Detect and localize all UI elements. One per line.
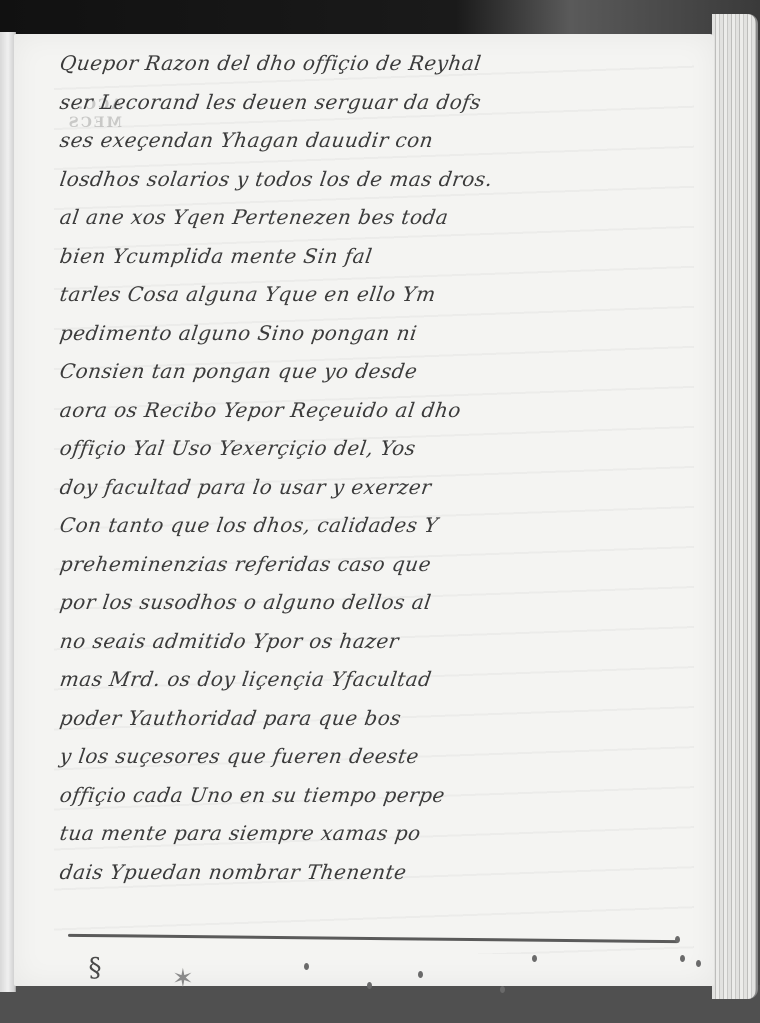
wormhole-mark [367, 982, 372, 989]
wormhole-mark [696, 960, 701, 967]
wormhole-mark [680, 955, 685, 962]
text-line: y los suçesores que fueren deeste [57, 737, 702, 776]
wormhole-mark [304, 963, 309, 970]
text-line: Con tanto que los dhos, calidades Y [57, 506, 702, 545]
text-line: al ane xos Yqen Pertenezen bes toda [57, 198, 702, 237]
text-line: losdhos solarios y todos los de mas dros… [57, 160, 702, 199]
wormhole-mark [675, 936, 680, 943]
text-line: Quepor Razon del dho offiçio de Reyhal [57, 44, 702, 83]
wormhole-mark [500, 986, 505, 993]
text-line: preheminenzias referidas caso que [57, 545, 702, 584]
text-line: ses exeçendan Yhagan dauudir con [57, 121, 702, 160]
scan-background-bottom [0, 985, 760, 1023]
page-stack-edge [712, 14, 758, 999]
text-line: pedimento alguno Sino pongan ni [57, 314, 702, 353]
text-line: bien Ycumplida mente Sin fal [57, 237, 702, 276]
text-line: aora os Recibo Yepor Reçeuido al dho [57, 391, 702, 430]
text-line: dais Ypuedan nombrar Thenente [57, 853, 702, 892]
text-line: tarles Cosa alguna Yque en ello Ym [57, 275, 702, 314]
rubric-flourish-icon: § [80, 948, 110, 988]
ink-blot-icon: ✶ [172, 965, 220, 993]
wormhole-mark [418, 971, 423, 978]
text-line: ser Lecorand les deuen serguar da dofs [57, 83, 702, 122]
text-line: no seais admitido Ypor os hazer [57, 622, 702, 661]
handwritten-text-block: Quepor Razon del dho offiçio de Reyhal s… [60, 44, 700, 891]
text-line: mas Mrd. os doy liçençia Yfacultad [57, 660, 702, 699]
wormhole-mark [532, 955, 537, 962]
text-line: poder Yauthoridad para que bos [57, 699, 702, 738]
text-line: doy facultad para lo usar y exerzer [57, 468, 702, 507]
text-line: offiçio cada Uno en su tiempo perpe [57, 776, 702, 815]
text-line: tua mente para siempre xamas po [57, 814, 702, 853]
text-line: Consien tan pongan que yo desde [57, 352, 702, 391]
text-line: por los susodhos o alguno dellos al [57, 583, 702, 622]
text-line: offiçio Yal Uso Yexerçiçio del, Yos [57, 429, 702, 468]
